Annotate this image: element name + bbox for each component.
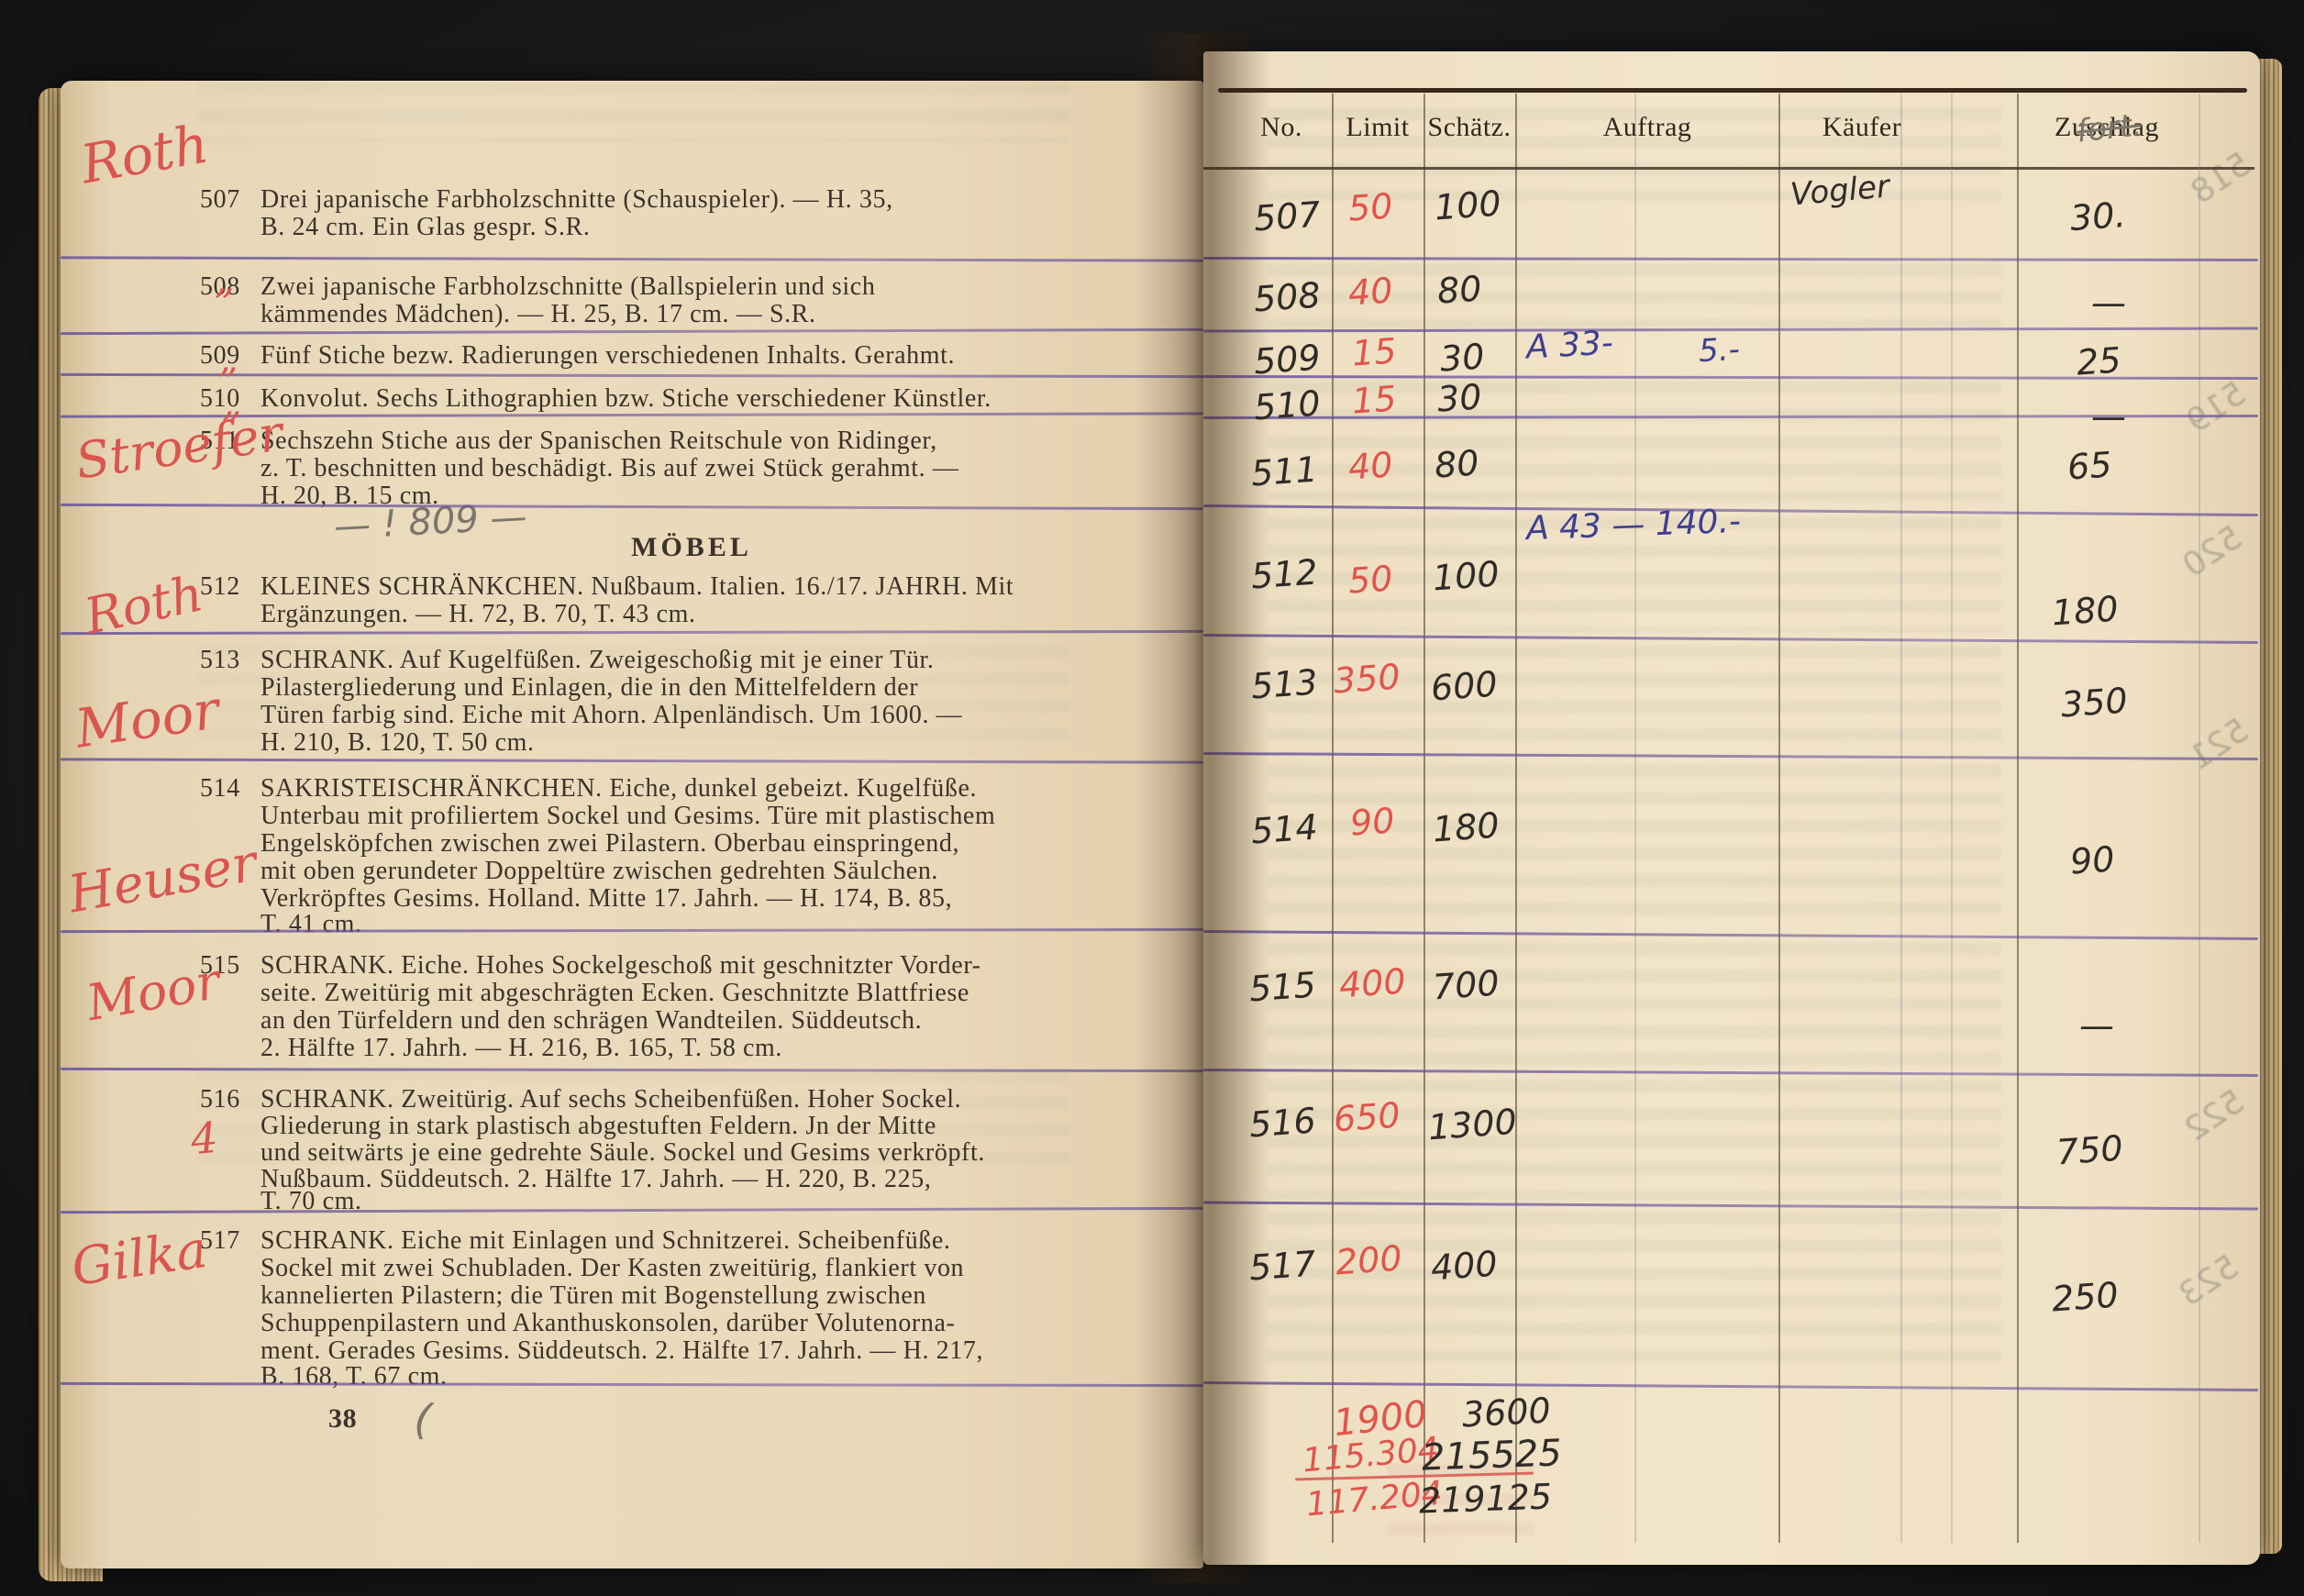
lot-516-line: Gliederung in stark plastisch abgestufte… xyxy=(260,1113,936,1140)
lot-509-line: 509Fünf Stiche bezw. Radierungen verschi… xyxy=(200,342,955,370)
row-514-schaetz: 180 xyxy=(1432,805,1501,850)
table-header-underline xyxy=(1203,167,2254,170)
row-512-no: 512 xyxy=(1250,552,1319,597)
row-divider xyxy=(1203,1381,2258,1391)
row-512-zuschlag: 180 xyxy=(2051,589,2120,634)
lot-515-line: 2. Hälfte 17. Jahrh. — H. 216, B. 165, T… xyxy=(260,1035,782,1062)
row-514-zuschlag: 90 xyxy=(2069,838,2116,881)
column-divider-faint xyxy=(1951,94,1953,1543)
row-513-limit: 350 xyxy=(1333,657,1401,702)
margin-annotation: Gilka xyxy=(68,1220,210,1298)
row-516-zuschlag: 750 xyxy=(2055,1128,2124,1173)
row-507-kaeufer: Vogler xyxy=(1789,168,1890,213)
interline-auftrag-note: A 43 — 140.- xyxy=(1525,503,1741,548)
row-517-no: 517 xyxy=(1248,1244,1317,1289)
lot-510-line: 510Konvolut. Sechs Lithographien bzw. St… xyxy=(200,385,991,413)
row-508-zuschlag: — xyxy=(2091,283,2126,323)
row-divider xyxy=(1203,930,2258,940)
row-517-zuschlag: 250 xyxy=(2051,1275,2120,1320)
bleedthrough-number: 519 xyxy=(2179,374,2253,440)
row-divider xyxy=(1203,1069,2258,1077)
row-513-schaetz: 600 xyxy=(1430,664,1499,709)
entry-divider xyxy=(61,630,1203,635)
row-507-no: 507 xyxy=(1253,194,1322,239)
lot-514-line: Engelsköpfchen zwischen zwei Pilastern. … xyxy=(260,830,959,858)
column-divider-faint xyxy=(1900,94,1902,1543)
bleedthrough-number: 523 xyxy=(2172,1247,2245,1313)
row-512-schaetz: 100 xyxy=(1432,554,1501,599)
entry-divider xyxy=(61,504,1203,510)
crossed-pencil-note: fort. xyxy=(2075,106,2143,150)
row-516-no: 516 xyxy=(1248,1101,1317,1146)
row-509-auftrag: A 33- xyxy=(1525,325,1614,367)
bleedthrough-ghost xyxy=(198,83,1069,143)
entry-divider xyxy=(61,758,1203,763)
lot-512-number: 512 xyxy=(200,573,260,601)
column-divider xyxy=(2017,94,2019,1543)
row-516-limit: 650 xyxy=(1333,1095,1401,1140)
column-divider xyxy=(1332,94,1334,1543)
lot-517-line: kannelierten Pilastern; die Türen mit Bo… xyxy=(260,1282,926,1310)
row-508-limit: 40 xyxy=(1347,270,1394,313)
pencil-corner-mark: ( xyxy=(412,1393,433,1445)
bleedthrough-number: 520 xyxy=(2176,518,2249,584)
margin-annotation: Moor xyxy=(83,952,225,1032)
lot-517-line: B. 168, T. 67 cm. xyxy=(260,1363,448,1391)
lot-507-number: 507 xyxy=(200,186,260,214)
row-515-limit: 400 xyxy=(1338,961,1407,1006)
bleedthrough-number: 518 xyxy=(2184,145,2257,211)
lot-513-line: H. 210, B. 120, T. 50 cm. xyxy=(260,729,535,757)
column-divider xyxy=(1515,94,1517,1543)
row-divider xyxy=(1203,1201,2258,1210)
row-divider xyxy=(1203,752,2258,760)
row-515-no: 515 xyxy=(1248,965,1317,1010)
lot-514-line: Verkröpftes Gesims. Holland. Mitte 17. J… xyxy=(260,885,952,913)
lot-515-line: 515SCHRANK. Eiche. Hohes Sockelgeschoß m… xyxy=(200,952,981,980)
table-top-rule xyxy=(1218,88,2247,93)
lot-516-line: 516SCHRANK. Zweitürig. Auf sechs Scheibe… xyxy=(200,1086,961,1114)
row-511-limit: 40 xyxy=(1347,444,1394,487)
row-divider xyxy=(1203,257,2258,261)
row-507-zuschlag: 30. xyxy=(2069,194,2127,238)
row-509-zuschlag: 25 xyxy=(2076,339,2122,382)
column-divider xyxy=(1423,94,1425,1543)
row-507-schaetz: 100 xyxy=(1434,183,1502,228)
row-509-schaetz: 30 xyxy=(1439,336,1486,379)
row-510-schaetz: 30 xyxy=(1436,376,1483,419)
section-heading: MÖBEL xyxy=(631,534,752,561)
row-509-no: 509 xyxy=(1253,338,1322,382)
table-header-auftrag: Auftrag xyxy=(1603,112,1692,143)
row-510-no: 510 xyxy=(1253,383,1322,428)
lot-513-line: Pilastergliederung und Einlagen, die in … xyxy=(260,674,918,702)
lot-515-line: seite. Zweitürig mit abgeschrägten Ecken… xyxy=(260,980,969,1007)
lot-516-number: 516 xyxy=(200,1086,260,1114)
lot-517-line: 517SCHRANK. Eiche mit Einlagen und Schni… xyxy=(200,1227,951,1255)
row-517-limit: 200 xyxy=(1335,1238,1403,1283)
row-517-schaetz: 400 xyxy=(1430,1244,1499,1289)
lot-513-line: 513SCHRANK. Auf Kugelfüßen. Zweigeschoßi… xyxy=(200,647,935,674)
lot-513-line: Türen farbig sind. Eiche mit Ahorn. Alpe… xyxy=(260,702,962,729)
margin-annotation-ditto: „ xyxy=(218,336,238,381)
row-509-auftrag-amount: 5.- xyxy=(1698,331,1741,370)
lot-512-line: 512KLEINES SCHRÄNKCHEN. Nußbaum. Italien… xyxy=(200,573,1014,601)
row-515-zuschlag: — xyxy=(2079,1005,2114,1046)
lot-517-line: Sockel mit zwei Schubladen. Der Kasten z… xyxy=(260,1255,964,1282)
row-511-schaetz: 80 xyxy=(1434,442,1480,485)
row-508-no: 508 xyxy=(1253,275,1322,320)
entry-divider xyxy=(61,328,1203,335)
table-header-no: No. xyxy=(1260,112,1302,143)
left-page: 507Drei japanische Farbholzschnitte (Sch… xyxy=(61,81,1203,1568)
lot-517-number: 517 xyxy=(200,1227,260,1255)
entry-divider xyxy=(61,1207,1203,1214)
margin-annotation: 4 xyxy=(189,1113,220,1164)
lot-514-line: 514SAKRISTEISCHRÄNKCHEN. Eiche, dunkel g… xyxy=(200,775,977,803)
row-510-limit: 15 xyxy=(1351,378,1398,421)
row-514-limit: 90 xyxy=(1349,800,1396,843)
lot-517-line: ment. Gerades Gesims. Süddeutsch. 2. Häl… xyxy=(260,1337,983,1365)
total-schaetz-sum: 219125 xyxy=(1418,1476,1553,1521)
row-513-no: 513 xyxy=(1250,662,1319,707)
bleedthrough-number: 522 xyxy=(2177,1082,2251,1148)
margin-annotation: Roth xyxy=(76,112,213,195)
lot-513-number: 513 xyxy=(200,647,260,674)
row-508-schaetz: 80 xyxy=(1436,268,1483,311)
lot-514-line: T. 41 cm. xyxy=(260,911,362,938)
margin-annotation: Moor xyxy=(72,678,223,759)
total-schaetz-page: 3600 xyxy=(1461,1390,1552,1435)
column-divider-faint xyxy=(2199,94,2200,1543)
lot-514-line: mit oben gerundeter Doppeltüre zwischen … xyxy=(260,858,938,885)
page-number: 38 xyxy=(328,1405,357,1433)
row-511-no: 511 xyxy=(1250,449,1319,494)
margin-annotation-ditto: „ xyxy=(215,257,235,302)
lot-514-number: 514 xyxy=(200,775,260,803)
table-header-kaeufer: Käufer xyxy=(1822,112,1901,143)
entry-divider xyxy=(61,1382,1203,1387)
row-507-limit: 50 xyxy=(1347,185,1394,228)
lot-511-line: z. T. beschnitten und beschädigt. Bis au… xyxy=(260,455,958,482)
margin-annotation: Heuser xyxy=(64,834,261,925)
lot-508-line: 508Zwei japanische Farbholzschnitte (Bal… xyxy=(200,273,875,301)
table-header-limit: Limit xyxy=(1346,112,1409,143)
right-page: 518 519 520 521 522 523 No. Limit Schätz… xyxy=(1203,51,2260,1565)
row-divider xyxy=(1203,634,2258,644)
row-516-schaetz: 1300 xyxy=(1427,1102,1519,1148)
lot-507-line: B. 24 cm. Ein Glas gespr. S.R. xyxy=(260,214,590,241)
auction-catalog-scan: 507Drei japanische Farbholzschnitte (Sch… xyxy=(0,0,2304,1596)
lot-515-line: an den Türfeldern und den schrägen Wandt… xyxy=(260,1007,922,1035)
row-512-limit: 50 xyxy=(1347,558,1394,601)
row-509-limit: 15 xyxy=(1351,330,1398,373)
bleedthrough-number: 521 xyxy=(2182,711,2255,777)
lot-512-line: Ergänzungen. — H. 72, B. 70, T. 43 cm. xyxy=(260,601,696,628)
lot-511-line: 511Sechszehn Stiche aus der Spanischen R… xyxy=(200,427,937,455)
table-header-schaetz: Schätz. xyxy=(1428,112,1512,143)
lot-514-line: Unterbau mit profiliertem Sockel und Ges… xyxy=(260,803,995,830)
lot-517-line: Schuppenpilastern und Akanthuskonsolen, … xyxy=(260,1310,955,1337)
column-divider-faint xyxy=(1634,94,1636,1543)
row-514-no: 514 xyxy=(1250,807,1319,852)
entry-divider xyxy=(61,928,1203,933)
column-divider xyxy=(1778,94,1780,1543)
lot-508-line: kämmendes Mädchen). — H. 25, B. 17 cm. —… xyxy=(260,301,816,328)
row-510-zuschlag: — xyxy=(2091,396,2126,437)
lot-516-line: und seitwärts je eine gedrehte Säule. So… xyxy=(260,1139,985,1167)
row-515-schaetz: 700 xyxy=(1432,963,1501,1008)
row-511-zuschlag: 65 xyxy=(2066,444,2113,487)
row-513-zuschlag: 350 xyxy=(2060,681,2129,726)
lot-507-line: 507Drei japanische Farbholzschnitte (Sch… xyxy=(200,186,893,214)
